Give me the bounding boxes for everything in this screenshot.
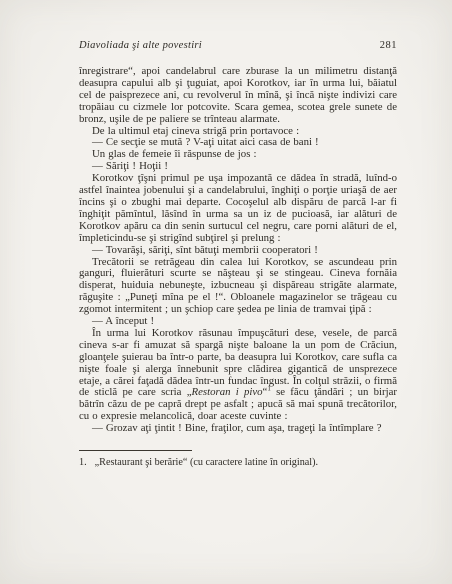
text-run: — Ce secţie se mută ? V-aţi uitat aici c… [92,136,319,148]
page-content: Diavoliada şi alte povestiri 281 înregis… [79,40,397,469]
footnote-number: 1. [79,457,87,469]
text-run: De la ultimul etaj cineva strigă prin po… [92,125,299,137]
text-run: Korotkov ţîşni primul pe uşa impozantă c… [79,172,397,244]
paragraph: înregistrare“, apoi candelabrul care zbu… [79,66,397,126]
paragraph: Trecătorii se retrăgeau din calea lui Ko… [79,257,397,317]
text-run: — Grozav aţi ţintit ! Bine, fraţilor, cu… [92,422,382,434]
body-text: înregistrare“, apoi candelabrul care zbu… [79,66,397,435]
text-run: — Tovarăşi, săriţi, sînt bătuţi membrii … [92,244,318,256]
book-page: Diavoliada şi alte povestiri 281 înregis… [0,0,452,584]
running-header-title: Diavoliada şi alte povestiri [79,40,202,52]
footnote-rule [79,450,192,451]
page-number: 281 [380,40,397,52]
running-header: Diavoliada şi alte povestiri 281 [79,40,397,52]
footnote-line: 1. „Restaurant şi berărie“ (cu caractere… [79,457,397,469]
text-run: — Săriţi ! Hoţii ! [92,160,168,172]
footnote-text: „Restaurant şi berărie“ (cu caractere la… [95,457,318,469]
text-run: Trecătorii se retrăgeau din calea lui Ko… [79,256,397,316]
paragraph: În urma lui Korotkov răsunau împuşcături… [79,328,397,423]
paragraph: — Grozav aţi ţintit ! Bine, fraţilor, cu… [79,423,397,435]
footnote: 1. „Restaurant şi berărie“ (cu caractere… [79,450,397,469]
paragraph: Korotkov ţîşni primul pe uşa impozantă c… [79,173,397,244]
text-run: — A început ! [92,315,154,327]
text-run: înregistrare“, apoi candelabrul care zbu… [79,65,397,125]
italic-phrase: Restoran i pivo [192,386,263,398]
text-run: Un glas de femeie îi răspunse de jos : [92,148,257,160]
